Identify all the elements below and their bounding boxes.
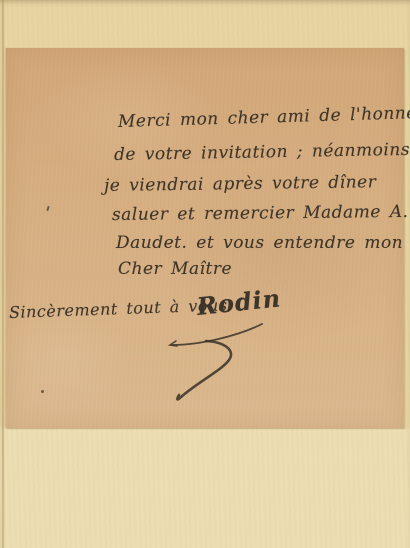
mount-page-edge-line (2, 0, 4, 548)
handwriting-line-4: saluer et remercier Madame A. (112, 202, 409, 225)
handwriting-line-1: Merci mon cher ami de l'honneur (118, 103, 410, 132)
letter-paper: Merci mon cher ami de l'honneur de votre… (6, 48, 404, 428)
handwriting-line-5: Daudet. et vous entendre mon (116, 233, 403, 253)
ink-speck (41, 390, 44, 393)
handwriting-line-2: de votre invitation ; néanmoins (114, 140, 410, 165)
letter-scan: Merci mon cher ami de l'honneur de votre… (0, 0, 410, 548)
handwriting-line-6: Cher Maître (118, 259, 232, 279)
handwriting-line-3: je viendrai après votre dîner (104, 172, 377, 196)
signature-paraph-flourish (168, 336, 254, 406)
signature-rodin: Rodin (195, 283, 282, 321)
ink-speck (46, 206, 49, 211)
